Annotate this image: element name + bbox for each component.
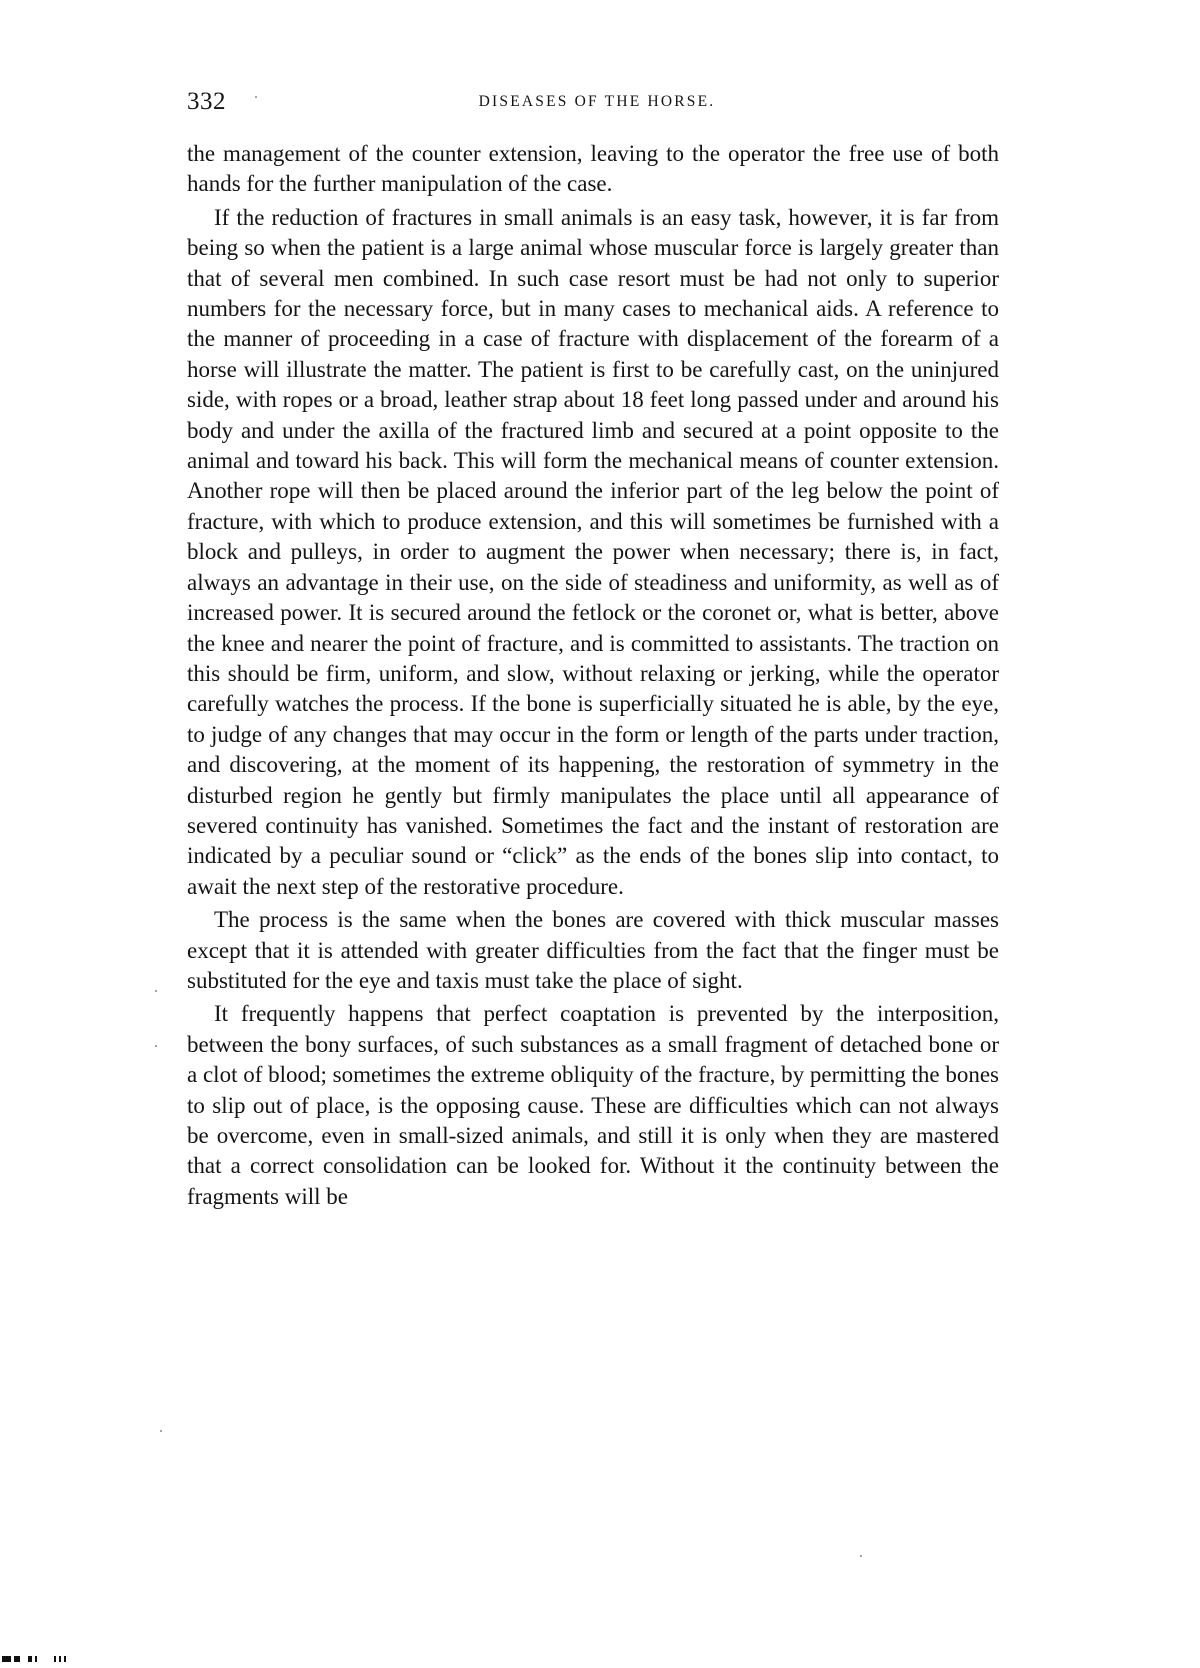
scan-speck [155,1045,157,1047]
book-page: 332 DISEASES OF THE HORSE. the managemen… [0,0,1200,1668]
scan-speck [860,1555,862,1557]
scan-speck [255,96,257,98]
paragraph: The process is the same when the bones a… [187,905,999,996]
scan-speck [155,990,157,992]
scan-registration-marks [2,1656,66,1662]
paragraph: It frequently happens that perfect coapt… [187,999,999,1212]
running-head: 332 DISEASES OF THE HORSE. [187,88,1007,118]
body-text: the management of the counter extension,… [187,139,999,1212]
running-title: DISEASES OF THE HORSE. [187,93,1007,111]
scan-speck [160,1430,162,1432]
paragraph-continued: the management of the counter extension,… [187,139,999,200]
paragraph: If the reduction of fractures in small a… [187,203,999,902]
